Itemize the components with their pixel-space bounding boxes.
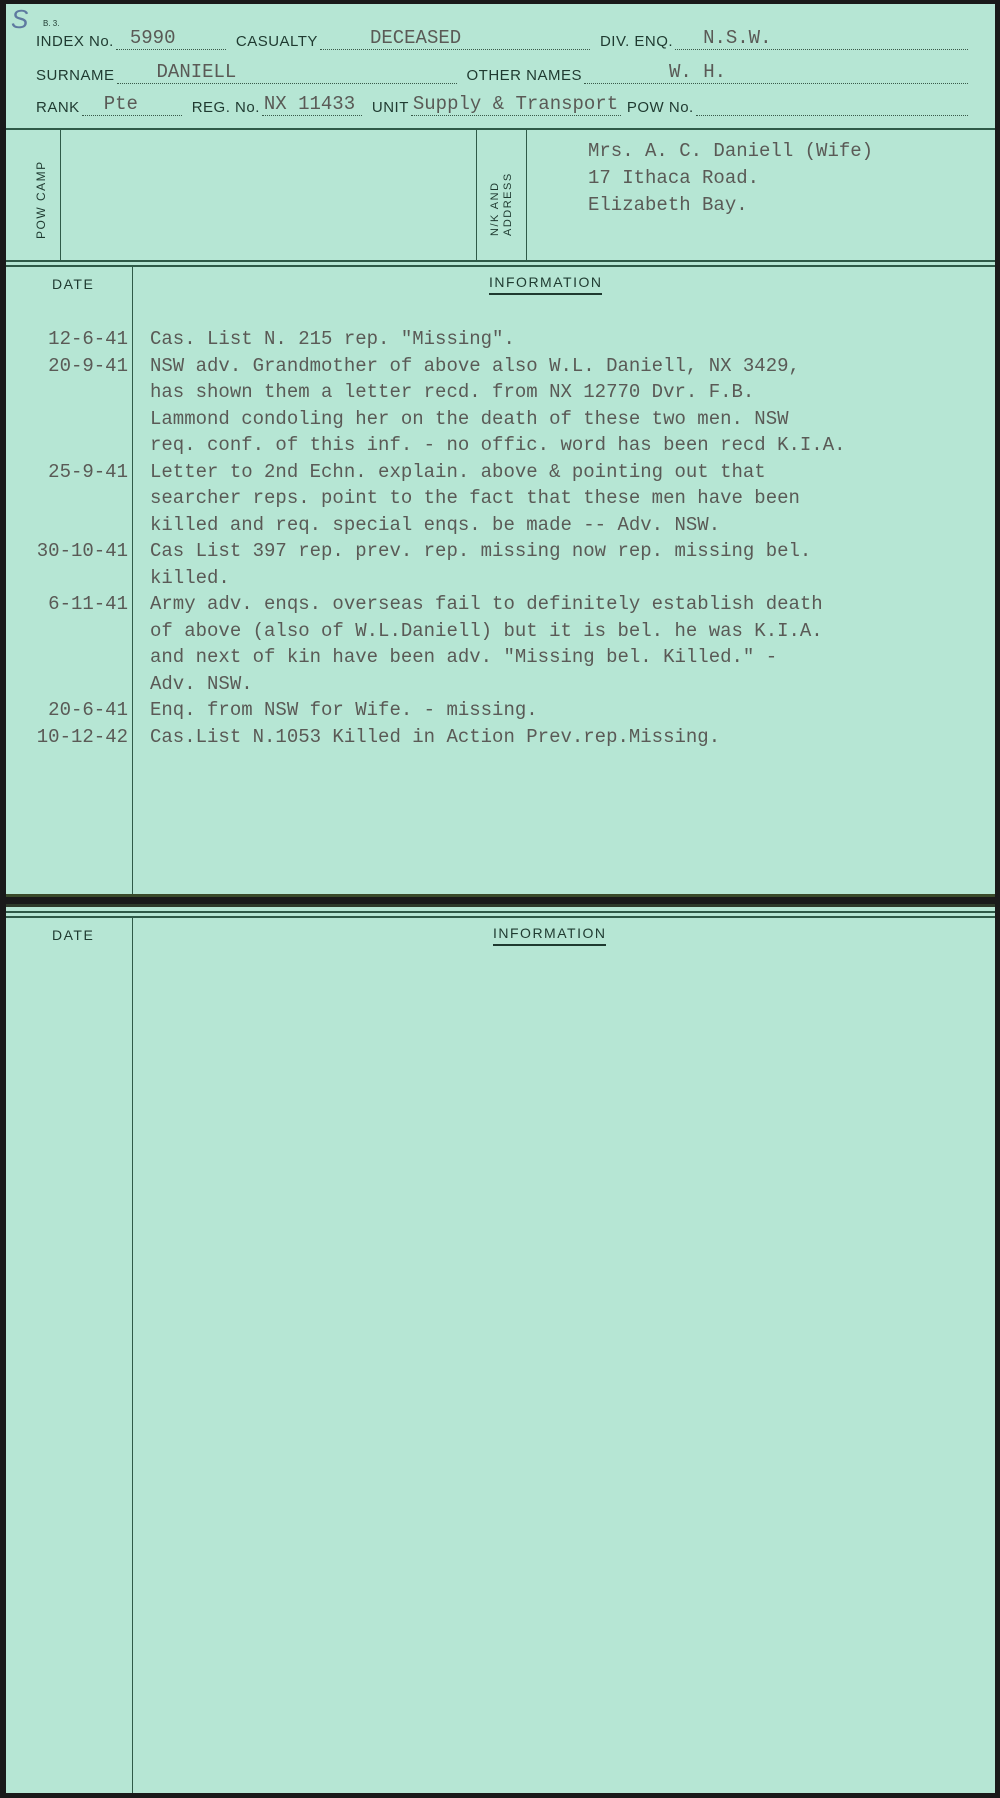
nok-line: Mrs. A. C. Daniell (Wife) <box>588 138 873 165</box>
record-card-front: S B. 3. INDEX No. 5990 CASUALTY DECEASED… <box>6 4 995 897</box>
nok-address: Mrs. A. C. Daniell (Wife) 17 Ithaca Road… <box>588 138 873 219</box>
entry-text-line: Army adv. enqs. overseas fail to definit… <box>150 591 980 618</box>
entry-text: Enq. from NSW for Wife. - missing. <box>150 697 980 724</box>
nok-line: Elizabeth Bay. <box>588 192 873 219</box>
entry-text: Cas. List N. 215 rep. "Missing". <box>150 326 980 353</box>
entry-text-line: req. conf. of this inf. - no offic. word… <box>150 432 980 459</box>
casualty-field: DECEASED <box>320 31 590 50</box>
entry-date: 20-6-41 <box>48 697 128 724</box>
date-column-divider <box>132 918 133 1793</box>
index-no-label: INDEX No. <box>36 33 114 50</box>
pow-no-label: POW No. <box>627 99 694 116</box>
unit-label: UNIT <box>372 99 409 116</box>
information-column-header: INFORMATION <box>493 925 606 946</box>
nok-address-label: N/K AND ADDRESS <box>489 126 515 236</box>
divider <box>526 130 527 262</box>
entry-text-line: of above (also of W.L.Daniell) but it is… <box>150 618 980 645</box>
reg-no-label: REG. No. <box>192 99 260 116</box>
div-enq-field: N.S.W. <box>675 31 968 50</box>
entry-text-line: has shown them a letter recd. from NX 12… <box>150 379 980 406</box>
divider <box>6 916 995 918</box>
entry-text-line: and next of kin have been adv. "Missing … <box>150 644 980 671</box>
entry-text: Letter to 2nd Echn. explain. above & poi… <box>150 459 980 539</box>
rank-label: RANK <box>36 99 80 116</box>
entry-date: 30-10-41 <box>37 538 128 565</box>
entry-text-line: Cas List 397 rep. prev. rep. missing now… <box>150 538 980 565</box>
header-row-2: SURNAME DANIELL OTHER NAMES W. H. <box>36 56 970 84</box>
other-names-field: W. H. <box>584 65 968 84</box>
date-column-header: DATE <box>52 927 94 943</box>
entry-date: 10-12-42 <box>37 724 128 751</box>
surname-label: SURNAME <box>36 67 115 84</box>
reg-no-field: NX 11433 <box>262 97 362 116</box>
entry-text-line: Cas.List N.1053 Killed in Action Prev.re… <box>150 724 980 751</box>
margin-mark: S <box>11 4 28 35</box>
entry-text-line: killed. <box>150 565 980 592</box>
date-column-divider <box>132 267 133 894</box>
surname-field: DANIELL <box>117 65 457 84</box>
div-enq-label: DIV. ENQ. <box>600 33 673 50</box>
entry-date: 25-9-41 <box>48 459 128 486</box>
pow-no-field <box>696 97 968 116</box>
entry-text-line: Enq. from NSW for Wife. - missing. <box>150 697 980 724</box>
entry-text-line: Lammond condoling her on the death of th… <box>150 406 980 433</box>
entry-text-line: Letter to 2nd Echn. explain. above & poi… <box>150 459 980 486</box>
header-row-3: RANK Pte REG. No. NX 11433 UNIT Supply &… <box>36 88 970 116</box>
entry-date: 20-9-41 <box>48 353 128 380</box>
header-row-1: INDEX No. 5990 CASUALTY DECEASED DIV. EN… <box>36 22 970 50</box>
casualty-label: CASUALTY <box>236 33 318 50</box>
entry-text-line: searcher reps. point to the fact that th… <box>150 485 980 512</box>
entry-text-line: Adv. NSW. <box>150 671 980 698</box>
rank-field: Pte <box>82 97 182 116</box>
pow-camp-label: POW CAMP <box>34 160 48 239</box>
entry-date: 6-11-41 <box>48 591 128 618</box>
entry-text: Cas.List N.1053 Killed in Action Prev.re… <box>150 724 980 751</box>
other-names-label: OTHER NAMES <box>467 67 583 84</box>
divider <box>6 265 995 267</box>
information-column-header: INFORMATION <box>489 274 602 295</box>
unit-field: Supply & Transport <box>411 97 621 116</box>
divider <box>476 130 477 262</box>
entry-text-line: Cas. List N. 215 rep. "Missing". <box>150 326 980 353</box>
entry-text: Cas List 397 rep. prev. rep. missing now… <box>150 538 980 591</box>
entry-text-line: NSW adv. Grandmother of above also W.L. … <box>150 353 980 380</box>
divider <box>6 260 995 262</box>
index-no-field: 5990 <box>116 31 226 50</box>
record-card-back: DATE INFORMATION <box>6 904 995 1793</box>
date-column-header: DATE <box>52 276 94 292</box>
divider <box>60 130 61 262</box>
entry-text: NSW adv. Grandmother of above also W.L. … <box>150 353 980 459</box>
divider <box>6 911 995 913</box>
entry-text: Army adv. enqs. overseas fail to definit… <box>150 591 980 697</box>
nok-line: 17 Ithaca Road. <box>588 165 873 192</box>
entry-text-line: killed and req. special enqs. be made --… <box>150 512 980 539</box>
entry-date: 12-6-41 <box>48 326 128 353</box>
